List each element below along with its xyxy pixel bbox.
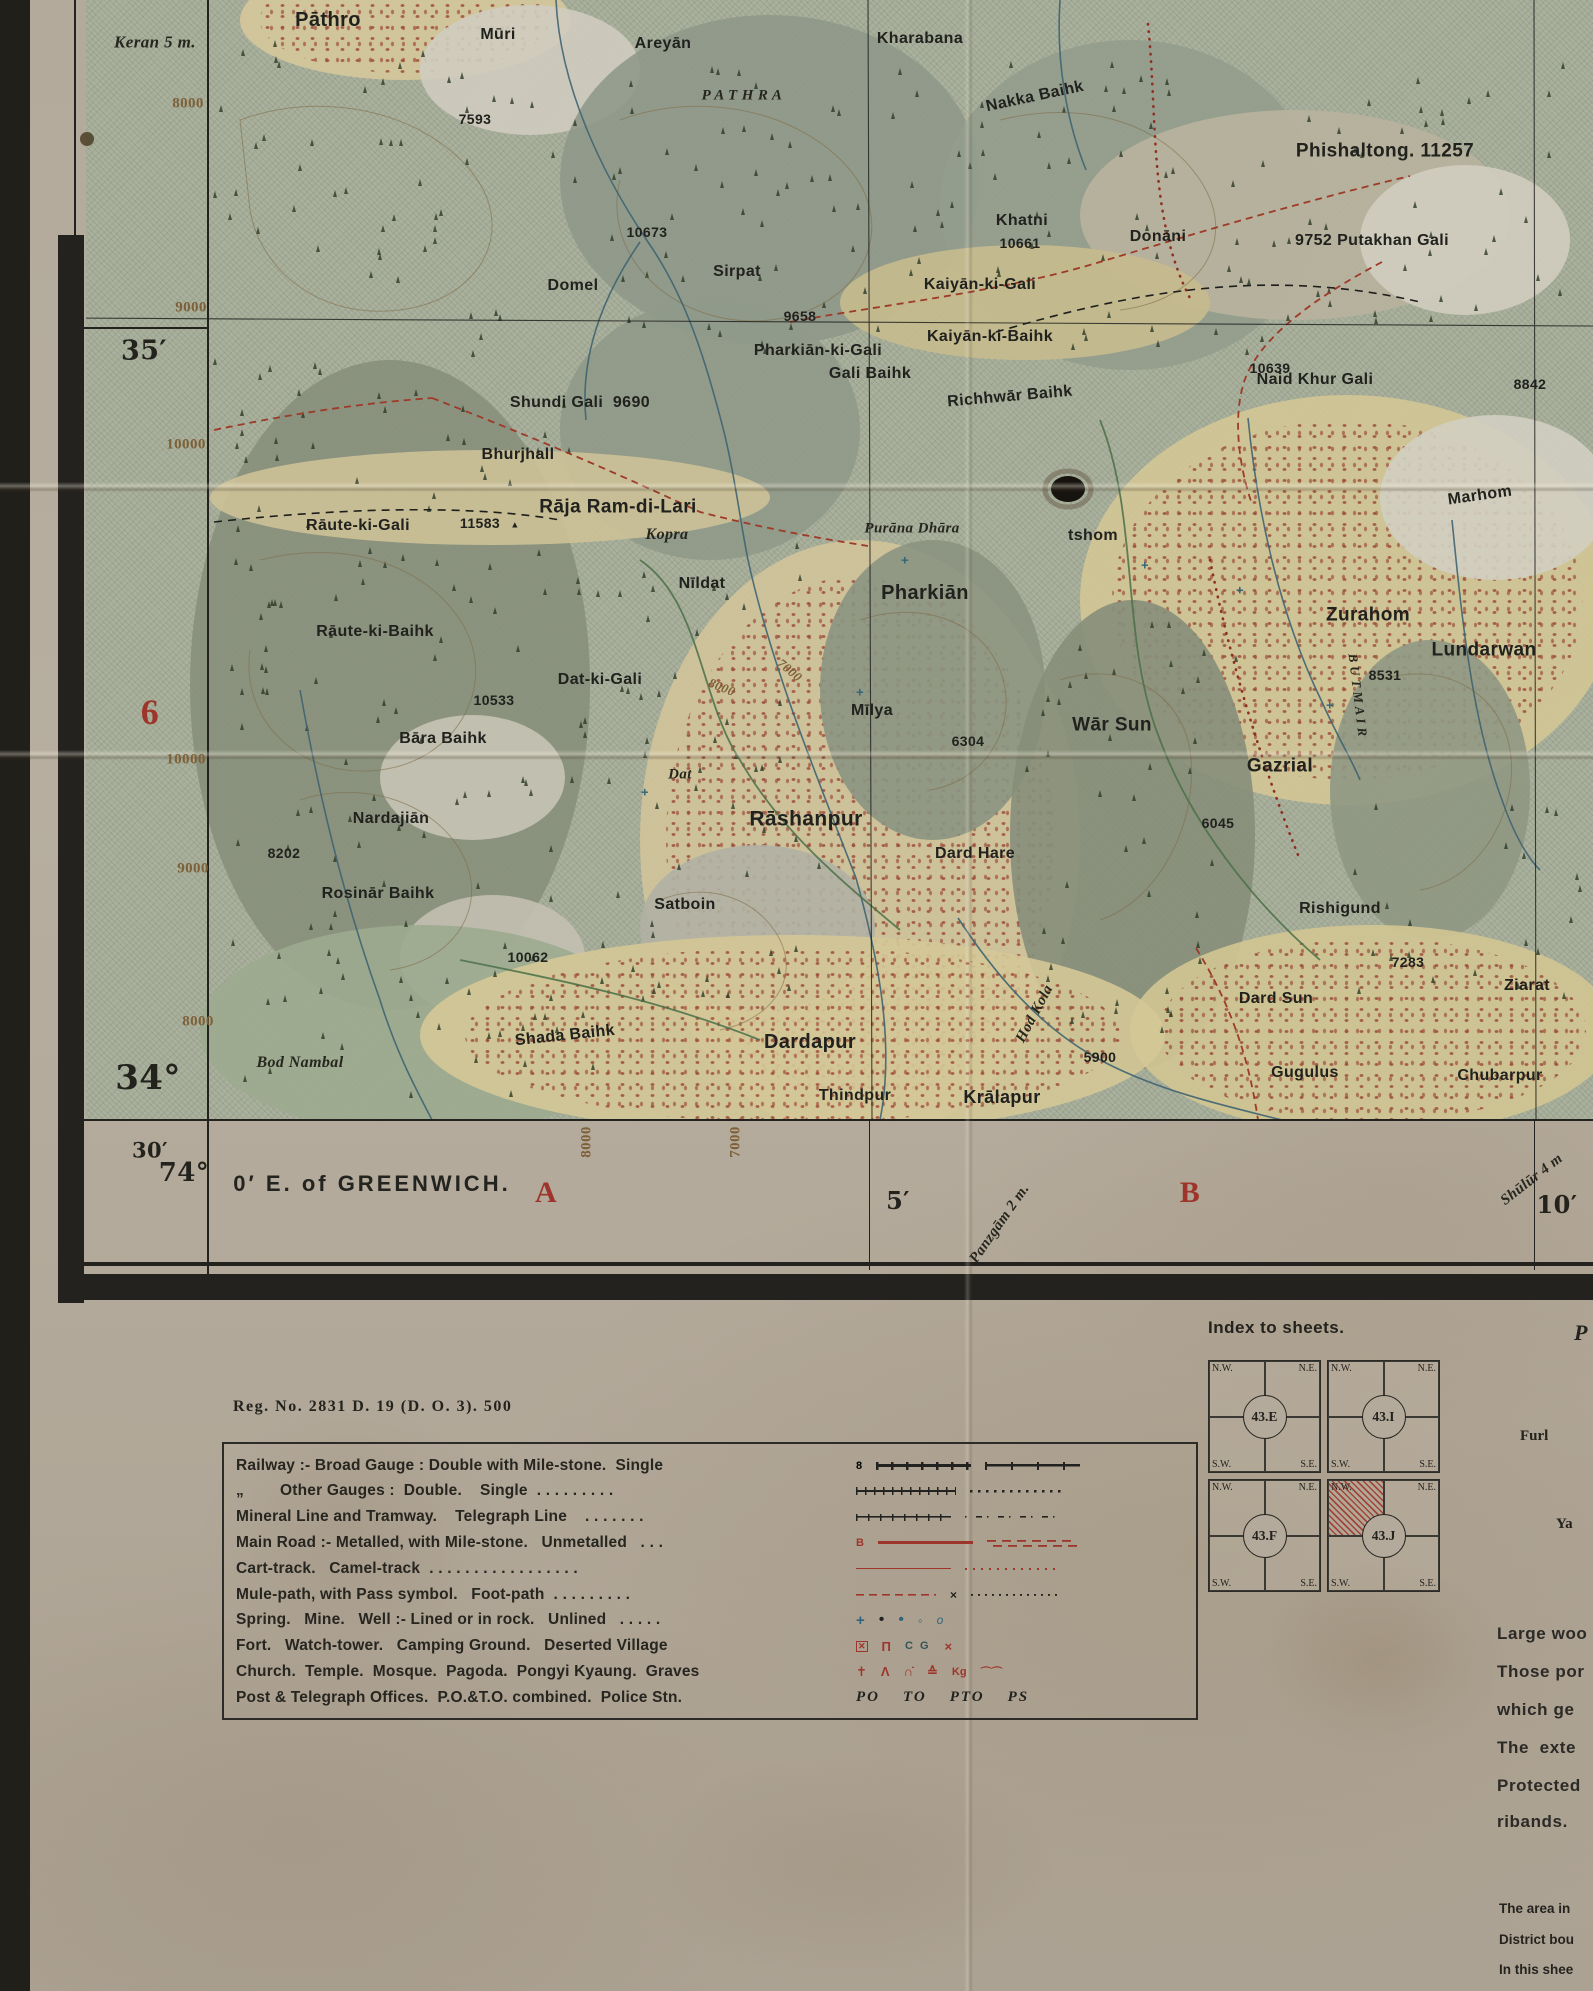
tree-symbol xyxy=(488,563,492,570)
tree-symbol xyxy=(645,737,649,744)
tree-symbol xyxy=(789,323,793,330)
tree-symbol xyxy=(980,101,984,108)
tree-symbol xyxy=(1419,106,1423,113)
tree-symbol xyxy=(583,717,587,724)
tree-symbol xyxy=(543,431,547,438)
tree-symbol xyxy=(483,473,487,480)
tree-symbol xyxy=(1245,348,1249,355)
legend-symbol xyxy=(985,1462,1080,1470)
tree-symbol xyxy=(1374,317,1378,324)
tree-symbol xyxy=(509,1090,513,1097)
tree-symbol xyxy=(770,133,774,140)
tree-symbol xyxy=(629,80,633,87)
tree-symbol xyxy=(334,594,338,601)
tree-symbol xyxy=(863,287,867,294)
tree-symbol xyxy=(1057,698,1061,705)
map-bottom-neatline xyxy=(74,1119,1593,1121)
tree-symbol xyxy=(361,578,365,585)
tree-symbol xyxy=(471,350,475,357)
fold-crease-2 xyxy=(0,750,1593,760)
tree-symbol xyxy=(621,275,625,282)
tree-symbol xyxy=(774,264,778,271)
tree-symbol xyxy=(1473,969,1477,976)
tree-symbol xyxy=(267,601,271,608)
legend-row-label: Church. Temple. Mosque. Pagoda. Pongyi K… xyxy=(236,1663,856,1681)
tree-symbol xyxy=(754,169,758,176)
tree-symbol xyxy=(721,127,725,134)
tree-symbol xyxy=(891,112,895,119)
tree-symbol xyxy=(596,590,600,597)
tree-symbol xyxy=(777,967,781,974)
tree-symbol xyxy=(1165,987,1169,994)
tree-symbol xyxy=(397,824,401,831)
tree-symbol xyxy=(258,373,262,380)
tree-symbol xyxy=(383,406,387,413)
tree-symbol xyxy=(645,271,649,278)
tree-symbol xyxy=(695,629,699,636)
quadrant-label: S.W. xyxy=(1331,1578,1350,1589)
tree-symbol xyxy=(591,1063,595,1070)
tree-symbol xyxy=(1084,334,1088,341)
tree-symbol xyxy=(1110,61,1114,68)
tree-symbol xyxy=(798,574,802,581)
tree-symbol xyxy=(465,158,469,165)
tree-symbol xyxy=(1119,150,1123,157)
tree-symbol xyxy=(1148,763,1152,770)
tree-symbol xyxy=(549,994,553,1001)
tree-symbol xyxy=(641,995,645,1002)
margin-line-top xyxy=(74,0,76,238)
legend-row: Main Road :- Metalled, with Mile-stone. … xyxy=(236,1529,1186,1556)
tree-symbol xyxy=(626,687,630,694)
tree-symbol xyxy=(1307,115,1311,122)
tree-symbol xyxy=(344,187,348,194)
tree-symbol xyxy=(536,447,540,454)
legend-symbol: C G xyxy=(905,1640,931,1652)
legend-row-symbols: ✝ Λ ∩̇ ≙ Kg ⌒⌒ xyxy=(856,1658,1186,1685)
tree-symbol xyxy=(533,1013,537,1020)
tree-symbol xyxy=(1441,118,1445,125)
tree-symbol xyxy=(336,957,340,964)
tree-symbol xyxy=(1261,160,1265,167)
tree-symbol xyxy=(1413,201,1417,208)
tree-symbol xyxy=(1389,954,1393,961)
index-sheet-43.J: N.W.N.E.S.W.S.E.43.J xyxy=(1327,1479,1440,1592)
tree-symbol xyxy=(993,173,997,180)
tree-symbol xyxy=(627,316,631,323)
tree-symbol xyxy=(297,389,301,396)
tree-symbol xyxy=(1035,211,1039,218)
tree-symbol xyxy=(301,411,305,418)
legend-row: Mule-path, with Pass symbol. Foot-path .… xyxy=(236,1581,1186,1608)
tree-symbol xyxy=(467,988,471,995)
tree-symbol xyxy=(487,790,491,797)
tree-symbol xyxy=(856,203,860,210)
tree-symbol xyxy=(279,601,283,608)
tree-symbol xyxy=(318,368,322,375)
tree-symbol xyxy=(707,323,711,330)
tree-symbol xyxy=(469,596,473,603)
tree-symbol xyxy=(832,205,836,212)
tree-symbol xyxy=(310,139,314,146)
tree-symbol xyxy=(810,175,814,182)
tree-symbol xyxy=(273,599,277,606)
terrain-patch xyxy=(210,450,770,545)
quadrant-label: N.E. xyxy=(1299,1482,1317,1493)
tree-symbol xyxy=(1196,941,1200,948)
tree-symbol xyxy=(583,731,587,738)
legend-row: „ Other Gauges : Double. Single . . . . … xyxy=(236,1478,1186,1505)
legend-box: Railway :- Broad Gauge : Double with Mil… xyxy=(222,1442,1198,1720)
legend-row-symbols: B xyxy=(856,1529,1186,1556)
tree-symbol xyxy=(1046,975,1050,982)
terrain-patch xyxy=(380,715,565,840)
tree-symbol xyxy=(1227,265,1231,272)
tree-symbol xyxy=(555,1026,559,1033)
tree-symbol xyxy=(837,109,841,116)
legend-symbol: × xyxy=(945,1639,953,1654)
legend-symbol xyxy=(878,1541,973,1544)
tree-symbol xyxy=(1327,287,1331,294)
legend-symbol: × xyxy=(950,1588,957,1602)
tree-symbol xyxy=(785,182,789,189)
tree-symbol xyxy=(396,276,400,283)
tree-symbol xyxy=(1408,919,1412,926)
sheet-number: 43.J xyxy=(1362,1514,1406,1558)
tree-symbol xyxy=(760,764,764,771)
tree-symbol xyxy=(530,101,534,108)
tree-symbol xyxy=(487,1032,491,1039)
tree-symbol xyxy=(1403,264,1407,271)
tree-symbol xyxy=(1545,806,1549,813)
tree-symbol xyxy=(731,802,735,809)
tree-symbol xyxy=(1510,804,1514,811)
tree-symbol xyxy=(274,437,278,444)
tree-symbol xyxy=(1165,78,1169,85)
tree-symbol xyxy=(665,148,669,155)
tree-symbol xyxy=(1082,328,1086,335)
tree-symbol xyxy=(1234,655,1238,662)
tree-symbol xyxy=(1169,1010,1173,1017)
legend-symbol: Kg xyxy=(952,1666,967,1678)
margin-grid-b xyxy=(1534,1120,1535,1270)
tree-symbol xyxy=(433,237,437,244)
tree-symbol xyxy=(1142,837,1146,844)
legend-symbol xyxy=(971,1591,1061,1599)
tree-symbol xyxy=(1107,311,1111,318)
tree-symbol xyxy=(1260,335,1264,342)
legend-symbol: Π xyxy=(882,1639,891,1654)
legend-symbol: ⌒⌒ xyxy=(981,1664,1003,1680)
tree-symbol xyxy=(577,588,581,595)
tree-symbol xyxy=(333,190,337,197)
tree-symbol xyxy=(435,559,439,566)
tree-symbol xyxy=(1360,151,1364,158)
tree-symbol xyxy=(363,86,367,93)
legend-row: Church. Temple. Mosque. Pagoda. Pongyi K… xyxy=(236,1658,1186,1685)
tree-symbol xyxy=(1239,276,1243,283)
tree-symbol xyxy=(957,150,961,157)
tree-symbol xyxy=(639,693,643,700)
tree-symbol xyxy=(705,975,709,982)
photo-edge xyxy=(0,0,30,1991)
tree-symbol xyxy=(1536,948,1540,955)
quadrant-label: S.W. xyxy=(1212,1578,1231,1589)
quadrant-label: N.E. xyxy=(1299,1363,1317,1374)
tree-symbol xyxy=(427,505,431,512)
legend-symbol: ✝ xyxy=(856,1664,867,1680)
tree-symbol xyxy=(1569,916,1573,923)
tree-symbol xyxy=(549,895,553,902)
tree-symbol xyxy=(523,1060,527,1067)
tree-symbol xyxy=(314,677,318,684)
tree-symbol xyxy=(503,942,507,949)
tree-symbol xyxy=(268,365,272,372)
tree-symbol xyxy=(1492,235,1496,242)
tree-symbol xyxy=(1061,937,1065,944)
index-sheet-43.E: N.W.N.E.S.W.S.E.43.E xyxy=(1208,1360,1321,1473)
tree-symbol xyxy=(1429,315,1433,322)
tree-symbol xyxy=(401,554,405,561)
tree-symbol xyxy=(651,585,655,592)
quadrant-label: S.E. xyxy=(1300,1459,1317,1470)
tree-symbol xyxy=(319,987,323,994)
legend-row: Railway :- Broad Gauge : Double with Mil… xyxy=(236,1452,1186,1479)
tree-symbol xyxy=(1484,248,1488,255)
tree-symbol xyxy=(1164,171,1168,178)
tree-symbol xyxy=(423,245,427,252)
tree-symbol xyxy=(791,347,795,354)
legend-symbol: Λ xyxy=(881,1664,890,1679)
tree-symbol xyxy=(1135,213,1139,220)
tree-symbol xyxy=(240,429,244,436)
tree-symbol xyxy=(1167,621,1171,628)
tree-symbol xyxy=(1098,790,1102,797)
tree-symbol xyxy=(763,347,767,354)
legend-symbol xyxy=(970,1487,1065,1495)
tree-symbol xyxy=(1150,325,1154,332)
tree-symbol xyxy=(437,1023,441,1030)
tree-symbol xyxy=(256,227,260,234)
tree-symbol xyxy=(710,66,714,73)
legend-row-label: Mineral Line and Tramway. Telegraph Line… xyxy=(236,1508,856,1526)
legend-row-label: Mule-path, with Pass symbol. Foot-path .… xyxy=(236,1586,856,1604)
tree-symbol xyxy=(377,392,381,399)
tree-symbol xyxy=(479,333,483,340)
tree-symbol xyxy=(828,174,832,181)
tree-symbol xyxy=(333,910,337,917)
tree-symbol xyxy=(713,736,717,743)
tree-symbol xyxy=(1202,649,1206,656)
legend-symbol xyxy=(856,1513,951,1521)
tree-symbol xyxy=(445,977,449,984)
stain xyxy=(640,1750,1060,1990)
tree-symbol xyxy=(309,923,313,930)
tree-symbol xyxy=(1562,992,1566,999)
tree-symbol xyxy=(1554,809,1558,816)
legend-symbol: ∩̇ xyxy=(904,1664,913,1679)
tree-symbol xyxy=(422,831,426,838)
tree-symbol xyxy=(1041,709,1045,716)
tree-symbol xyxy=(244,456,248,463)
tree-symbol xyxy=(551,151,555,158)
tree-symbol xyxy=(758,274,762,281)
tree-symbol xyxy=(610,234,614,241)
index-sheet-43.F: N.W.N.E.S.W.S.E.43.F xyxy=(1208,1479,1321,1592)
legend-symbol xyxy=(856,1568,951,1570)
tree-symbol xyxy=(694,784,698,791)
tree-symbol xyxy=(562,401,566,408)
tree-symbol xyxy=(1169,660,1173,667)
tree-symbol xyxy=(321,1032,325,1039)
tree-symbol xyxy=(742,125,746,132)
tree-symbol xyxy=(817,862,821,869)
tree-symbol xyxy=(754,765,758,772)
tree-symbol xyxy=(469,312,473,319)
quadrant-label: S.E. xyxy=(1419,1578,1436,1589)
tree-symbol xyxy=(498,314,502,321)
tree-symbol xyxy=(655,802,659,809)
legend-symbol: ◦ xyxy=(918,1613,923,1628)
tree-symbol xyxy=(1547,90,1551,97)
tree-symbol xyxy=(409,994,413,1001)
quadrant-label: N.W. xyxy=(1212,1363,1233,1374)
legend-row: Cart-track. Camel-track . . . . . . . . … xyxy=(236,1555,1186,1582)
tree-symbol xyxy=(372,794,376,801)
tree-symbol xyxy=(1439,295,1443,302)
tree-symbol xyxy=(1108,734,1112,741)
tree-symbol xyxy=(1373,310,1377,317)
tree-symbol xyxy=(657,690,661,697)
tree-symbol xyxy=(651,931,655,938)
registration-number: Reg. No. 2831 D. 19 (D. O. 3). 500 xyxy=(233,1398,512,1416)
tree-symbol xyxy=(725,718,729,725)
tree-symbol xyxy=(1324,223,1328,230)
tree-symbol xyxy=(576,577,580,584)
tree-symbol xyxy=(618,167,622,174)
stain xyxy=(80,132,94,146)
tree-symbol xyxy=(1101,254,1105,261)
tree-symbol xyxy=(381,225,385,232)
tree-symbol xyxy=(240,723,244,730)
tree-symbol xyxy=(1147,890,1151,897)
tree-symbol xyxy=(311,442,315,449)
tree-symbol xyxy=(543,588,547,595)
tree-symbol xyxy=(465,106,469,113)
tree-symbol xyxy=(404,920,408,927)
tree-symbol xyxy=(1440,109,1444,116)
tree-symbol xyxy=(913,225,917,232)
tree-symbol xyxy=(1155,252,1159,259)
legend-row-label: Railway :- Broad Gauge : Double with Mil… xyxy=(236,1457,856,1475)
tree-symbol xyxy=(268,1067,272,1074)
tree-symbol xyxy=(476,882,480,889)
tree-symbol xyxy=(1196,676,1200,683)
tree-symbol xyxy=(567,447,571,454)
tree-symbol xyxy=(712,584,716,591)
legend-row-label: Post & Telegraph Offices. P.O.&T.O. comb… xyxy=(236,1689,856,1707)
tree-symbol xyxy=(677,863,681,870)
tree-symbol xyxy=(1575,873,1579,880)
frame-left-bar xyxy=(58,235,84,1303)
tree-symbol xyxy=(418,179,422,186)
tree-symbol xyxy=(231,939,235,946)
tree-symbol xyxy=(305,724,309,731)
tree-symbol xyxy=(936,209,940,216)
tree-symbol xyxy=(273,40,277,47)
tree-symbol xyxy=(306,521,310,528)
tree-symbol xyxy=(341,973,345,980)
tree-symbol xyxy=(236,525,240,532)
tree-symbol xyxy=(1524,216,1528,223)
tick-35 xyxy=(58,327,208,329)
tree-symbol xyxy=(494,309,498,316)
index-to-sheets-grid: N.W.N.E.S.W.S.E.43.EN.W.N.E.S.W.S.E.43.I… xyxy=(1208,1360,1440,1592)
legend-row-symbols: + • • ◦ o xyxy=(856,1607,1186,1634)
tree-symbol xyxy=(261,687,265,694)
legend-symbol xyxy=(965,1513,1055,1521)
tree-symbol xyxy=(1009,61,1013,68)
tree-symbol xyxy=(213,191,217,198)
tree-symbol xyxy=(795,542,799,549)
tree-symbol xyxy=(1132,794,1136,801)
tree-symbol xyxy=(1561,62,1565,69)
tree-symbol xyxy=(1407,951,1411,958)
tree-symbol xyxy=(1198,957,1202,964)
tree-symbol xyxy=(329,631,333,638)
tree-symbol xyxy=(234,558,238,565)
tree-symbol xyxy=(240,409,244,416)
tree-symbol xyxy=(898,68,902,75)
tree-symbol xyxy=(1428,249,1432,256)
tree-symbol xyxy=(234,189,238,196)
tree-symbol xyxy=(228,213,232,220)
tree-symbol xyxy=(570,776,574,783)
tree-symbol xyxy=(1316,290,1320,297)
tree-symbol xyxy=(718,330,722,337)
map-photo: Keran 5 m.8000900035′1000061000090008000… xyxy=(0,0,1593,1991)
terrain-patch xyxy=(1360,165,1570,315)
legend-row-symbols xyxy=(856,1555,1186,1582)
tree-symbol xyxy=(776,189,780,196)
tree-symbol xyxy=(266,998,270,1005)
tree-symbol xyxy=(1025,765,1029,772)
tree-symbol xyxy=(1156,340,1160,347)
legend-symbol xyxy=(965,1565,1060,1573)
quadrant-label: S.W. xyxy=(1331,1459,1350,1470)
tree-symbol xyxy=(1287,237,1291,244)
tree-symbol xyxy=(760,220,764,227)
tree-symbol xyxy=(579,721,583,728)
tree-symbol xyxy=(1081,1011,1085,1018)
tree-symbol xyxy=(1337,127,1341,134)
tree-symbol xyxy=(701,990,705,997)
tree-symbol xyxy=(376,716,380,723)
tree-symbol xyxy=(1247,278,1251,285)
tree-symbol xyxy=(1308,218,1312,225)
tree-symbol xyxy=(264,666,268,673)
tree-symbol xyxy=(1181,687,1185,694)
tree-symbol xyxy=(745,870,749,877)
tree-symbol xyxy=(996,266,1000,273)
tree-symbol xyxy=(940,221,944,228)
tree-symbol xyxy=(249,564,253,571)
tree-symbol xyxy=(769,949,773,956)
sheet-number: 43.E xyxy=(1243,1395,1287,1439)
tree-symbol xyxy=(1231,180,1235,187)
tree-symbol xyxy=(573,176,577,183)
legend-symbol: PO TO PTO PS xyxy=(856,1689,1029,1706)
